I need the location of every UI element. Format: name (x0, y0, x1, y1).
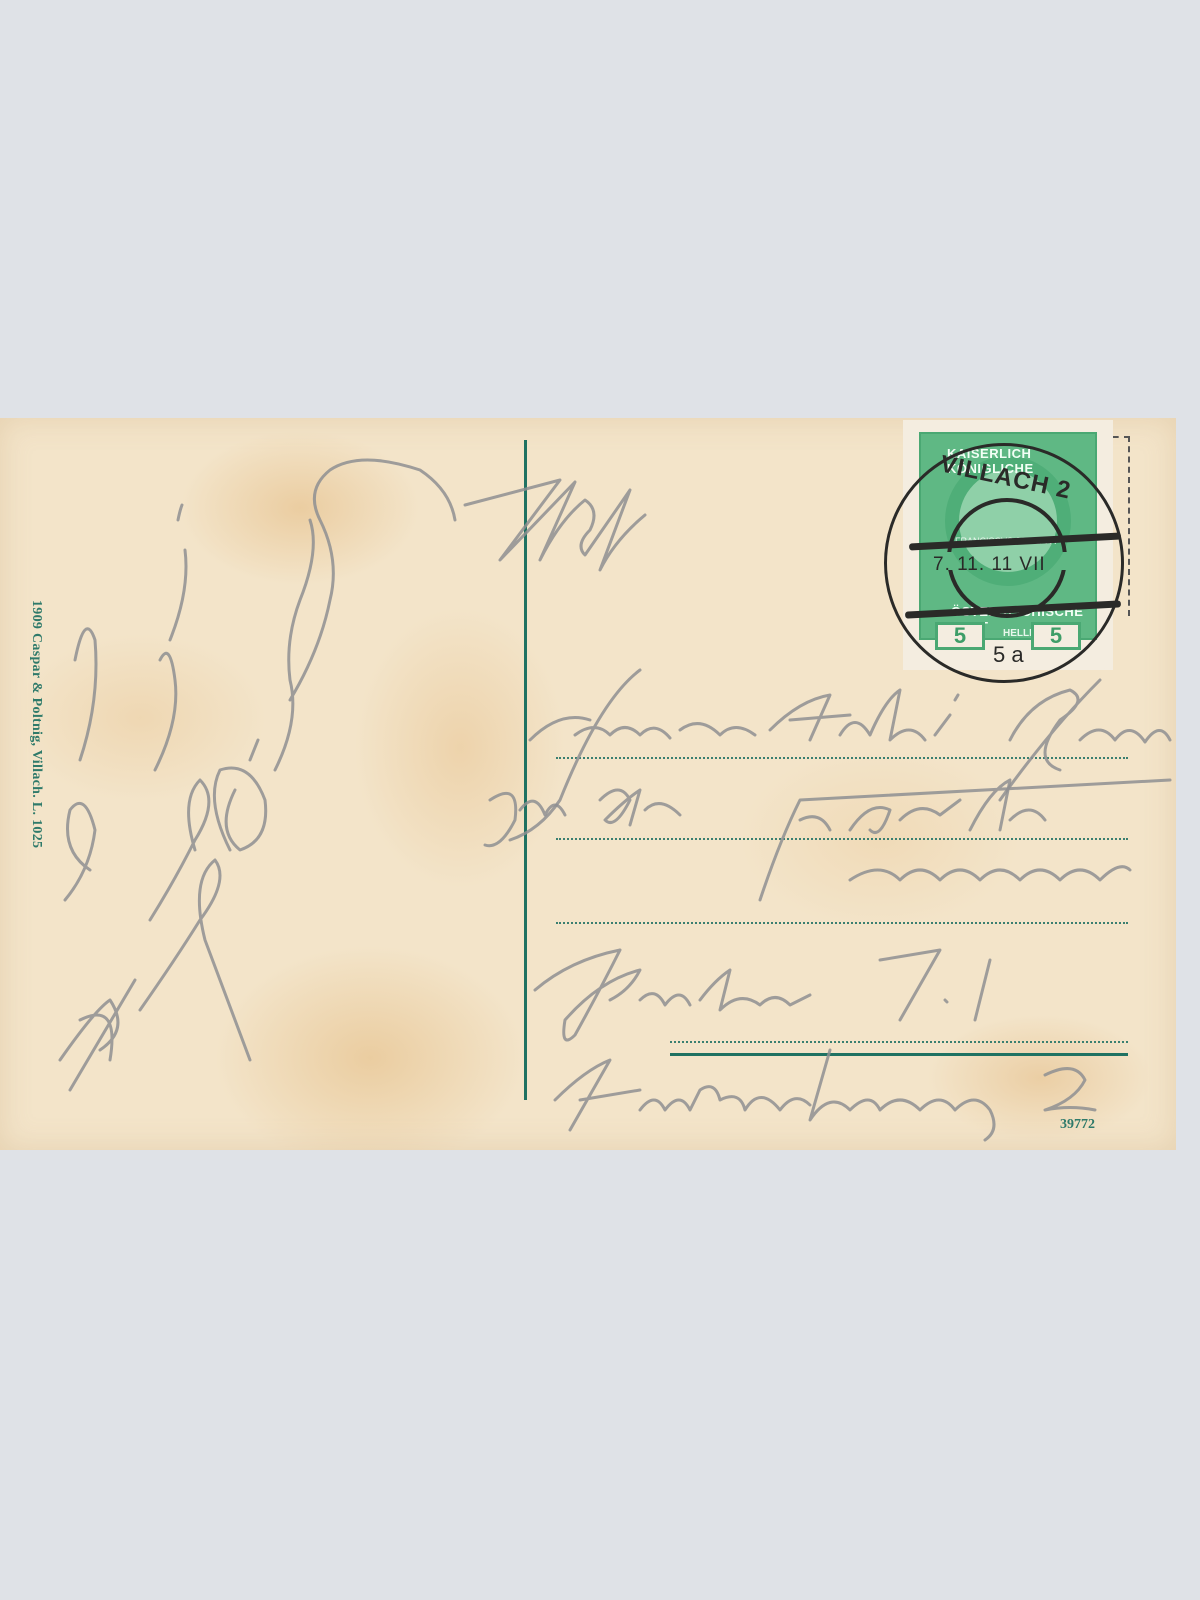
address-line-4 (670, 1041, 1128, 1043)
publisher-imprint: 1909 Caspar & Poltnig, Villach. L. 1025 (28, 600, 44, 848)
handwriting-address-3: Baden N. Ö. (0, 0, 1, 1)
address-underline (670, 1053, 1128, 1056)
postmark-code: 5 a (993, 642, 1024, 668)
handwriting-address-1: Fräulein Stattli Gina (0, 0, 1, 1)
message-address-divider (524, 440, 527, 1100)
postmark-town: VILLACH 2 (938, 450, 1074, 505)
handwriting-address-2: bei Adr. F. Betti Girzinger (0, 0, 1, 1)
postmark-date: 7. 11. 11 VII (933, 554, 1046, 576)
serial-number: 39772 (1060, 1117, 1095, 1133)
handwriting-address-4: Heiligenkreuzerg 2 (0, 0, 1, 1)
postmark-cancel: VILLACH 2 7. 11. 11 VII 5 a (884, 443, 1124, 683)
address-line-1 (556, 757, 1128, 759)
address-line-3 (556, 922, 1128, 924)
handwriting-left-message: Beste Grüße ... Betti ... Girzinger (0, 0, 1, 1)
handwriting-sender: Wolf (0, 0, 1, 1)
address-line-2 (556, 838, 1128, 840)
